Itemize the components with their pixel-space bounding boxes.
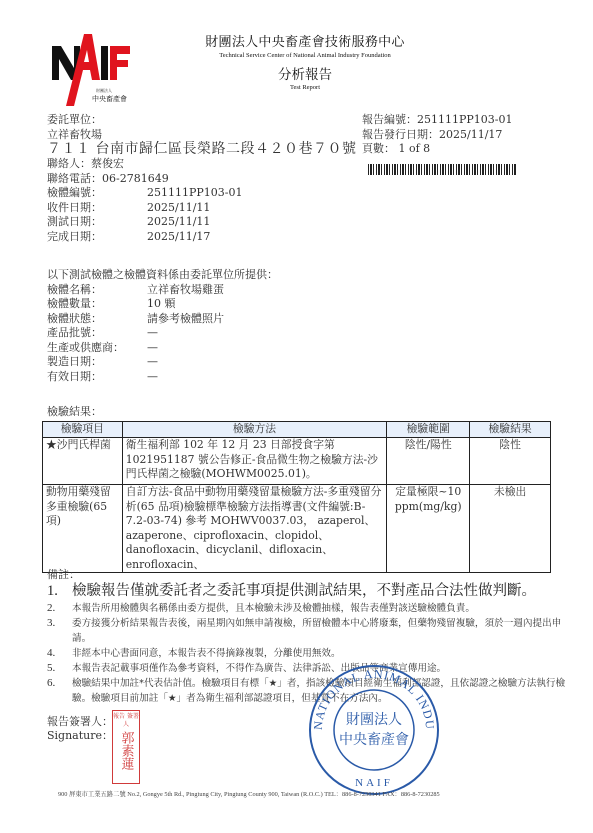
svg-text:財團法人: 財團法人 bbox=[96, 87, 112, 93]
report-no-row: 報告編號：251111PP103-01 bbox=[362, 113, 513, 128]
org-name-zh: 財團法人中央畜產會技術服務中心 bbox=[150, 31, 460, 50]
expiry-date-row: 有效日期：— bbox=[47, 370, 278, 385]
svg-text:NAIF: NAIF bbox=[355, 777, 393, 789]
svg-text:中央畜產會: 中央畜產會 bbox=[92, 94, 127, 103]
seal-icon: NATIONAL ANIMAL INDUSTRY FOUNDATION 財團法人… bbox=[300, 660, 448, 796]
note-item: 4.非經本中心書面同意，本報告表不得摘錄複製，分離使用無效。 bbox=[47, 646, 567, 661]
pages-row: 頁數： 1 of 8 bbox=[362, 142, 513, 157]
client-contact: 聯絡人：蔡俊宏 bbox=[47, 157, 356, 172]
client-name: 立祥畜牧場 bbox=[47, 128, 356, 143]
supplier-row: 生產或供應商：— bbox=[47, 341, 278, 356]
issue-date-row: 報告發行日期：2025/11/17 bbox=[362, 128, 513, 143]
test-item: 動物用藥殘留多重檢驗(65 項) bbox=[43, 485, 123, 573]
page-count: 1 of 8 bbox=[399, 142, 431, 155]
col-range: 檢驗範圍 bbox=[387, 422, 470, 438]
mfg-date-row: 製造日期：— bbox=[47, 355, 278, 370]
signature-chop: 報告 簽署人 郭素蓮 bbox=[112, 710, 140, 784]
report-title-en: Test Report bbox=[150, 84, 460, 91]
table-header-row: 檢驗項目 檢驗方法 檢驗範圍 檢驗結果 bbox=[43, 422, 551, 438]
col-item: 檢驗項目 bbox=[43, 422, 123, 438]
received-date-row: 收件日期：2025/11/11 bbox=[47, 201, 356, 216]
test-method: 衛生福利部 102 年 12 月 23 日部授食字第 1021951187 號公… bbox=[122, 438, 386, 485]
table-row: 動物用藥殘留多重檢驗(65 項) 自訂方法-食品中動物用藥殘留量檢驗方法-多重殘… bbox=[43, 485, 551, 573]
sample-block: 以下測試檢體之檢體資料係由委託單位所提供： 檢體名稱：立祥畜牧場雞蛋 檢體數量：… bbox=[47, 268, 278, 384]
test-result: 未檢出 bbox=[470, 485, 551, 573]
client-block: 委託單位： 立祥畜牧場 ７１１ 台南市歸仁區長榮路二段４２０巷７０號 聯絡人：蔡… bbox=[47, 113, 356, 244]
completion-date-row: 完成日期：2025/11/17 bbox=[47, 230, 356, 245]
sample-name-row: 檢體名稱：立祥畜牧場雞蛋 bbox=[47, 283, 278, 298]
notes-title: 備註： bbox=[47, 568, 567, 582]
report-info: 報告編號：251111PP103-01 報告發行日期：2025/11/17 頁數… bbox=[362, 113, 513, 157]
test-date: 2025/11/11 bbox=[147, 215, 210, 228]
footer-address: 900 屏東市工業五路二號 No.2, Gongye 5th Rd., Ping… bbox=[58, 789, 440, 798]
col-result: 檢驗結果 bbox=[470, 422, 551, 438]
report-title-zh: 分析報告 bbox=[150, 63, 460, 83]
test-range: 定量極限~10 ppm(mg/kg) bbox=[387, 485, 470, 573]
report-header: 財團法人中央畜產會技術服務中心 Technical Service Center… bbox=[150, 31, 460, 91]
test-range: 陰性/陽性 bbox=[387, 438, 470, 485]
sample-no: 251111PP103-01 bbox=[147, 186, 243, 199]
test-date-row: 測試日期：2025/11/11 bbox=[47, 215, 356, 230]
sample-no-row: 檢體編號：251111PP103-01 bbox=[47, 186, 356, 201]
svg-text:中央畜產會: 中央畜產會 bbox=[339, 731, 409, 748]
signature-label: 報告簽署人： Signature： bbox=[47, 715, 113, 743]
org-name-en: Technical Service Center of National Ani… bbox=[150, 52, 460, 59]
results-label: 檢驗結果： bbox=[47, 405, 102, 420]
sample-intro: 以下測試檢體之檢體資料係由委託單位所提供： bbox=[47, 268, 278, 283]
client-address: ７１１ 台南市歸仁區長榮路二段４２０巷７０號 bbox=[47, 142, 356, 157]
svg-text:財團法人: 財團法人 bbox=[346, 711, 402, 728]
test-result: 陰性 bbox=[470, 438, 551, 485]
batch-no-row: 產品批號：— bbox=[47, 326, 278, 341]
col-method: 檢驗方法 bbox=[122, 422, 386, 438]
issue-date: 2025/11/17 bbox=[439, 128, 502, 141]
note-item: 2.本報告所用檢體與名稱係由委方提供，且本檢驗未涉及檢體抽樣，報告表僅對該送驗檢… bbox=[47, 601, 567, 616]
client-phone: 聯絡電話：06-2781649 bbox=[47, 172, 356, 187]
report-no: 251111PP103-01 bbox=[417, 113, 513, 126]
barcode bbox=[368, 164, 516, 175]
received-date: 2025/11/11 bbox=[147, 201, 210, 214]
sample-qty-row: 檢體數量：10 顆 bbox=[47, 297, 278, 312]
completion-date: 2025/11/17 bbox=[147, 230, 210, 243]
note-item: 3.委方接獲分析結果報告表後，兩星期內如無申請複檢，所留檢體本中心將廢棄，但藥物… bbox=[47, 616, 567, 646]
note-item: 1.檢驗報告僅就委託者之委託事項提供測試結果，不對產品合法性做判斷。 bbox=[47, 582, 567, 601]
naif-logo: 財團法人 中央畜產會 bbox=[52, 34, 130, 106]
client-label: 委託單位： bbox=[47, 113, 356, 128]
naif-logo-icon: 財團法人 中央畜產會 bbox=[52, 34, 130, 106]
test-item: ★沙門氏桿菌 bbox=[43, 438, 123, 485]
foundation-seal: NATIONAL ANIMAL INDUSTRY FOUNDATION 財團法人… bbox=[300, 660, 448, 796]
table-row: ★沙門氏桿菌 衛生福利部 102 年 12 月 23 日部授食字第 102195… bbox=[43, 438, 551, 485]
results-table: 檢驗項目 檢驗方法 檢驗範圍 檢驗結果 ★沙門氏桿菌 衛生福利部 102 年 1… bbox=[42, 421, 551, 573]
sample-state-row: 檢體狀態：請參考檢體照片 bbox=[47, 312, 278, 327]
test-method: 自訂方法-食品中動物用藥殘留量檢驗方法-多重殘留分析(65 品項)檢驗標準檢驗方… bbox=[122, 485, 386, 573]
